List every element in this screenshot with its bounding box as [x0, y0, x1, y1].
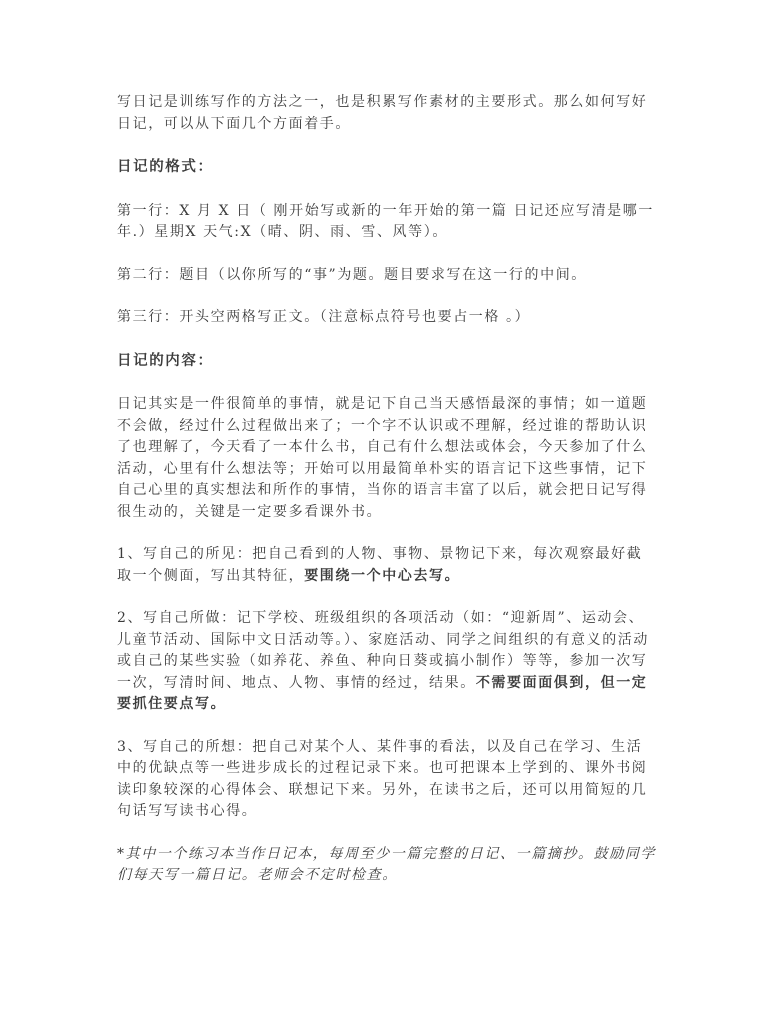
format-line-third-text: 第三行：开头空两格写正文。（注意标点符号也要占一格 。）	[117, 309, 530, 325]
format-line-third: 第三行：开头空两格写正文。（注意标点符号也要占一格 。）	[117, 307, 656, 329]
format-line-first-text: 第一行：X 月 X 日（ 刚开始写或新的一年开始的第一篇 日记还应写清是哪一年.…	[117, 203, 654, 241]
numbered-item-3: 3、写自己的所想：把自己对某个人、某件事的看法，以及自己在学习、生活中的优缺点等…	[117, 737, 656, 823]
numbered-item-1: 1、写自己的所见：把自己看到的人物、事物、景物记下来，每次观察最好截取一个侧面，…	[117, 544, 656, 587]
intro-text: 写日记是训练写作的方法之一，也是积累写作素材的主要形式。那么如何写好日记，可以从…	[117, 94, 647, 132]
content-intro-paragraph: 日记其实是一件很简单的事情，就是记下自己当天感悟最深的事情；如一道题不会做，经过…	[117, 394, 656, 523]
numbered-item-1-bold: 要围绕一个中心去写。	[304, 568, 460, 584]
format-line-first: 第一行：X 月 X 日（ 刚开始写或新的一年开始的第一篇 日记还应写清是哪一年.…	[117, 201, 656, 244]
footnote-paragraph: *其中一个练习本当作日记本，每周至少一篇完整的日记、一篇摘抄。鼓励同学们每天写一…	[117, 844, 656, 887]
content-intro-text: 日记其实是一件很简单的事情，就是记下自己当天感悟最深的事情；如一道题不会做，经过…	[117, 396, 647, 520]
format-section-heading: 日记的格式：	[117, 156, 656, 178]
footnote-text: *其中一个练习本当作日记本，每周至少一篇完整的日记、一篇摘抄。鼓励同学们每天写一…	[117, 846, 656, 884]
format-line-second: 第二行：题目（以你所写的“事”为题。题目要求写在这一行的中间。	[117, 265, 656, 287]
document-page: 写日记是训练写作的方法之一，也是积累写作素材的主要形式。那么如何写好日记，可以从…	[0, 0, 768, 1024]
intro-paragraph: 写日记是训练写作的方法之一，也是积累写作素材的主要形式。那么如何写好日记，可以从…	[117, 92, 656, 135]
numbered-item-2: 2、写自己所做：记下学校、班级组织的各项活动（如：“迎新周”、运动会、儿童节活动…	[117, 608, 656, 716]
content-section-heading: 日记的内容：	[117, 350, 656, 372]
numbered-item-3-text: 3、写自己的所想：把自己对某个人、某件事的看法，以及自己在学习、生活中的优缺点等…	[117, 739, 647, 820]
format-line-second-text: 第二行：题目（以你所写的“事”为题。题目要求写在这一行的中间。	[117, 267, 587, 283]
